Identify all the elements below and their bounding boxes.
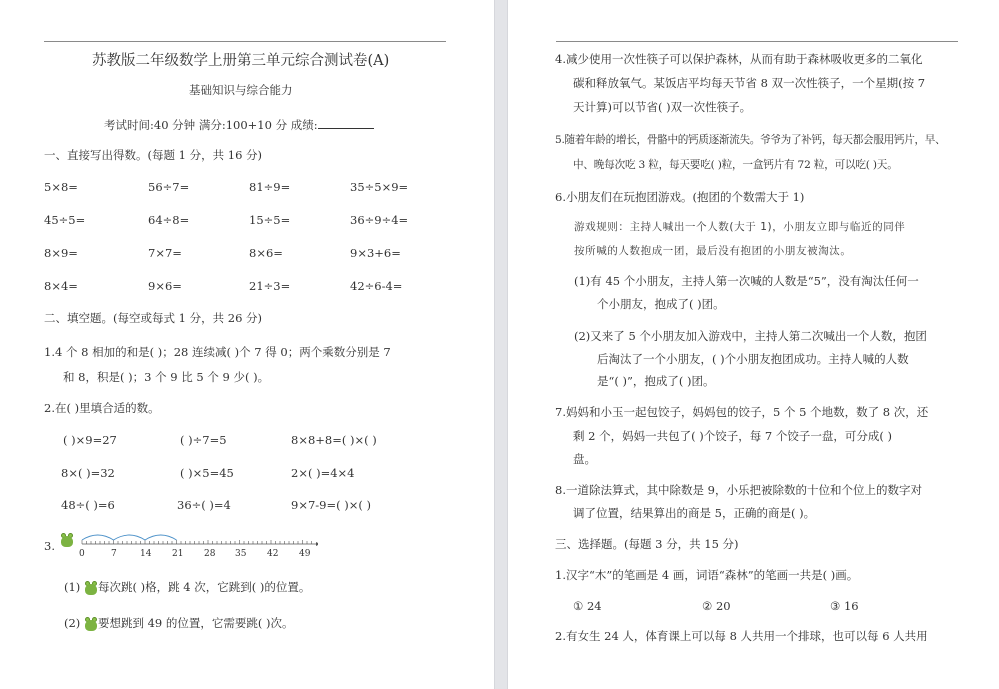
q7-line3: 盘。 xyxy=(573,452,596,466)
q3-sub2-label: (2) xyxy=(64,616,80,630)
calc-item: 36÷9÷4= xyxy=(350,213,408,227)
document-subtitle: 基础知识与综合能力 xyxy=(189,83,293,97)
tick-label: 21 xyxy=(172,547,183,561)
tick-label: 49 xyxy=(299,547,310,561)
q3-sub2-text: 要想跳到 49 的位置，它需要跳( )次。 xyxy=(98,616,294,630)
option-2: ② 20 xyxy=(702,599,731,613)
frog-icon xyxy=(84,616,98,632)
page-gutter xyxy=(494,0,508,689)
calc-item: 81÷9= xyxy=(249,180,290,194)
fill-item: 9×7-9=( )×( ) xyxy=(291,498,371,512)
q6-rule-line1: 游戏规则：主持人喊出一个人数(大于 1)，小朋友立即与临近的同伴 xyxy=(574,220,905,234)
q6-sub2-line2: 后淘汰了一个小朋友，( )个小朋友抱团成功。主持人喊的人数 xyxy=(597,352,909,366)
fill-item: ( )÷7=5 xyxy=(180,433,227,447)
tick-label: 35 xyxy=(235,547,246,561)
q6-sub1-line2: 个小朋友，抱成了( )团。 xyxy=(597,297,725,311)
q6-rule-line2: 按所喊的人数抱成一团，最后没有抱团的小朋友被淘汰。 xyxy=(574,244,852,258)
calc-item: 45÷5= xyxy=(44,213,85,227)
q3-sub2: (2) 要想跳到 49 的位置，它需要跳( )次。 xyxy=(64,616,294,632)
exam-info: 考试时间:40 分钟 满分:100+10 分 成绩: xyxy=(104,117,374,132)
q3-sub1-text: 每次跳( )格，跳 4 次，它跳到( )的位置。 xyxy=(98,580,310,594)
q4-line3: 天计算)可以节省( )双一次性筷子。 xyxy=(573,100,751,114)
frog-icon xyxy=(60,532,74,548)
tick-label: 28 xyxy=(204,547,215,561)
q3-sub1-label: (1) xyxy=(64,580,80,594)
calc-item: 9×3+6= xyxy=(350,246,401,260)
q4-line2: 碳和释放氧气。某饭店平均每天节省 8 双一次性筷子，一个星期(按 7 xyxy=(573,76,925,90)
calc-item: 15÷5= xyxy=(249,213,290,227)
fill-item: ( )×5=45 xyxy=(180,466,234,480)
q2-heading: 2.在( )里填合适的数。 xyxy=(44,401,160,415)
header-rule xyxy=(556,41,958,42)
page-left: 苏教版二年级数学上册第三单元综合测试卷(A) 基础知识与综合能力 考试时间:40… xyxy=(0,0,494,689)
section2-heading: 二、填空题。(每空或每式 1 分，共 26 分) xyxy=(44,311,262,325)
q5-line2: 中、晚每次吃 3 粒，每天要吃( )粒，一盒钙片有 72 粒，可以吃( )天。 xyxy=(573,158,898,172)
q7-line1: 7.妈妈和小玉一起包饺子，妈妈包的饺子，5 个 5 个地数，数了 8 次，还 xyxy=(555,405,928,419)
s3-q1-text: 1.汉字“木”的笔画是 4 画，词语“森林”的笔画一共是( )画。 xyxy=(555,568,858,582)
fill-item: 2×( )=4×4 xyxy=(291,466,355,480)
calc-item: 8×9= xyxy=(44,246,78,260)
tick-label: 42 xyxy=(267,547,278,561)
calc-item: 9×6= xyxy=(148,279,182,293)
calc-item: 35÷5×9= xyxy=(350,180,408,194)
section1-heading: 一、直接写出得数。(每题 1 分，共 16 分) xyxy=(44,148,262,162)
tick-label: 7 xyxy=(111,547,117,561)
option-3: ③ 16 xyxy=(830,599,859,613)
q6-heading: 6.小朋友们在玩抱团游戏。(抱团的个数需大于 1) xyxy=(555,190,804,204)
q8-line2: 调了位置，结果算出的商是 5，正确的商是( )。 xyxy=(573,506,815,520)
q6-sub1-line1: (1)有 45 个小朋友，主持人第一次喊的人数是“5”，没有淘汰任何一 xyxy=(574,274,919,288)
option-1: ① 24 xyxy=(573,599,602,613)
s3-q2-text: 2.有女生 24 人，体育课上可以每 8 人共用一个排球，也可以每 6 人共用 xyxy=(555,629,928,643)
calc-item: 64÷8= xyxy=(148,213,189,227)
calc-item: 42÷6-4= xyxy=(350,279,402,293)
calc-item: 8×6= xyxy=(249,246,283,260)
fill-item: 8×8+8=( )×( ) xyxy=(291,433,377,447)
q3-sub1: (1) 每次跳( )格，跳 4 次，它跳到( )的位置。 xyxy=(64,580,310,596)
score-blank xyxy=(318,117,374,129)
calc-item: 8×4= xyxy=(44,279,78,293)
fill-item: 36÷( )=4 xyxy=(177,498,231,512)
frog-icon xyxy=(84,580,98,596)
calc-item: 7×7= xyxy=(148,246,182,260)
fill-item: ( )×9=27 xyxy=(63,433,117,447)
section3-heading: 三、选择题。(每题 3 分，共 15 分) xyxy=(555,537,739,551)
header-rule xyxy=(44,41,446,42)
fill-item: 48÷( )=6 xyxy=(61,498,115,512)
page-right: 4.减少使用一次性筷子可以保护森林，从而有助于森林吸收更多的二氧化 碳和释放氧气… xyxy=(508,0,999,689)
q1-line2: 和 8，积是( )；3 个 9 比 5 个 9 少( )。 xyxy=(63,370,269,384)
q7-line2: 剩 2 个，妈妈一共包了( )个饺子，每 7 个饺子一盘，可分成( ) xyxy=(573,429,892,443)
q4-line1: 4.减少使用一次性筷子可以保护森林，从而有助于森林吸收更多的二氧化 xyxy=(555,52,922,66)
tick-label: 0 xyxy=(79,547,85,561)
calc-item: 56÷7= xyxy=(148,180,189,194)
q8-line1: 8.一道除法算式，其中除数是 9，小乐把被除数的十位和个位上的数字对 xyxy=(555,483,922,497)
fill-item: 8×( )=32 xyxy=(61,466,115,480)
q6-sub2-line1: (2)又来了 5 个小朋友加入游戏中，主持人第二次喊出一个人数，抱团 xyxy=(574,329,927,343)
q6-sub2-line3: 是“( )”，抱成了( )团。 xyxy=(597,374,715,388)
q5-line1: 5.随着年龄的增长，骨骼中的钙质逐渐流失。爷爷为了补钙，每天都会服用钙片，早、 xyxy=(555,133,945,147)
exam-info-text: 考试时间:40 分钟 满分:100+10 分 成绩: xyxy=(104,118,318,132)
q3-label: 3. xyxy=(44,539,55,553)
calc-item: 21÷3= xyxy=(249,279,290,293)
q1-line1: 1.4 个 8 相加的和是( )；28 连续减( )个 7 得 0；两个乘数分别… xyxy=(44,345,391,359)
document-title: 苏教版二年级数学上册第三单元综合测试卷(A) xyxy=(92,52,389,70)
tick-label: 14 xyxy=(140,547,151,561)
calc-item: 5×8= xyxy=(44,180,78,194)
